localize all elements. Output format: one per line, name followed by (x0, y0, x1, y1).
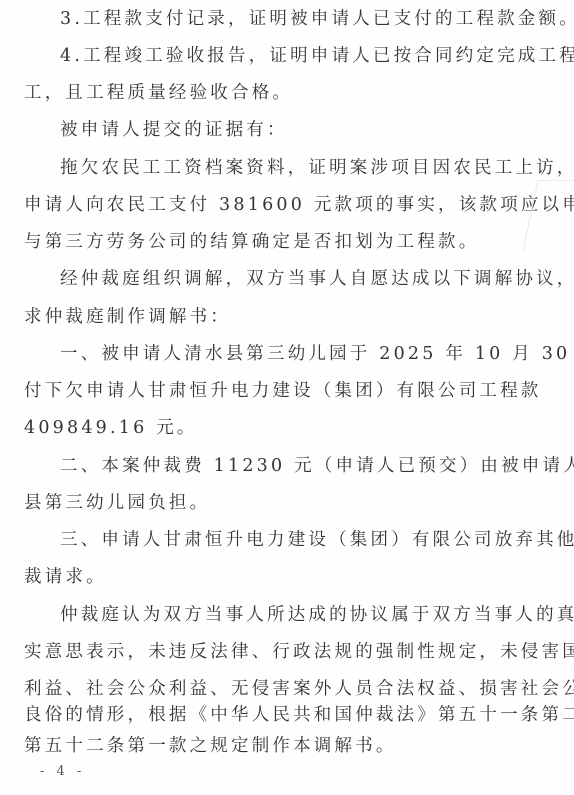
tribunal-opinion-line-3: 利益、社会公众利益、无侵害案外人员合法权益、损害社会公序 (24, 678, 554, 700)
evidence-item-4-line-2: 工，且工程质量经验收合格。 (24, 82, 554, 104)
agreement-item-2-line-2: 县第三幼儿园负担。 (24, 492, 554, 514)
document-page: 3.工程款支付记录，证明被申请人已支付的工程款金额。 4.工程竣工验收报告，证明… (0, 0, 574, 795)
agreement-item-1-line-2: 付下欠申请人甘肃恒升电力建设（集团）有限公司工程款 (24, 380, 554, 402)
mediation-intro-line-1: 经仲裁庭组织调解，双方当事人自愿达成以下调解协议，请 (60, 268, 574, 290)
tribunal-opinion-line-4: 良俗的情形，根据《中华人民共和国仲裁法》第五十一条第二款、 (24, 704, 554, 726)
evidence-item-4-line-1: 4.工程竣工验收报告，证明申请人已按合同约定完成工程施 (60, 45, 574, 67)
respondent-evidence-line-2: 申请人向农民工支付 381600 元款项的事实，该款项应以申请人 (24, 194, 554, 216)
tribunal-opinion-line-2: 实意思表示，未违反法律、行政法规的强制性规定，未侵害国家 (24, 641, 554, 663)
agreement-item-1-line-3: 409849.16 元。 (24, 417, 554, 439)
agreement-item-3-line-2: 裁请求。 (24, 566, 554, 588)
tribunal-opinion-line-1: 仲裁庭认为双方当事人所达成的协议属于双方当事人的真 (60, 604, 574, 626)
stamp-edge-mark (522, 180, 574, 251)
evidence-item-3: 3.工程款支付记录，证明被申请人已支付的工程款金额。 (60, 8, 574, 30)
page-number: - 4 - (40, 764, 85, 779)
respondent-evidence-line-1: 拖欠农民工工资档案资料，证明案涉项目因农民工上访，被 (60, 157, 574, 179)
respondent-evidence-heading: 被申请人提交的证据有： (60, 119, 574, 141)
agreement-item-1-line-1: 一、被申请人清水县第三幼儿园于 2025 年 10 月 30 日前支 (60, 343, 574, 365)
respondent-evidence-line-3: 与第三方劳务公司的结算确定是否扣划为工程款。 (24, 231, 554, 253)
mediation-intro-line-2: 求仲裁庭制作调解书： (24, 306, 554, 328)
agreement-item-3-line-1: 三、申请人甘肃恒升电力建设（集团）有限公司放弃其他仲 (60, 529, 574, 551)
tribunal-opinion-line-5: 第五十二条第一款之规定制作本调解书。 (24, 735, 554, 757)
agreement-item-2-line-1: 二、本案仲裁费 11230 元（申请人已预交）由被申请人清水 (60, 455, 574, 477)
